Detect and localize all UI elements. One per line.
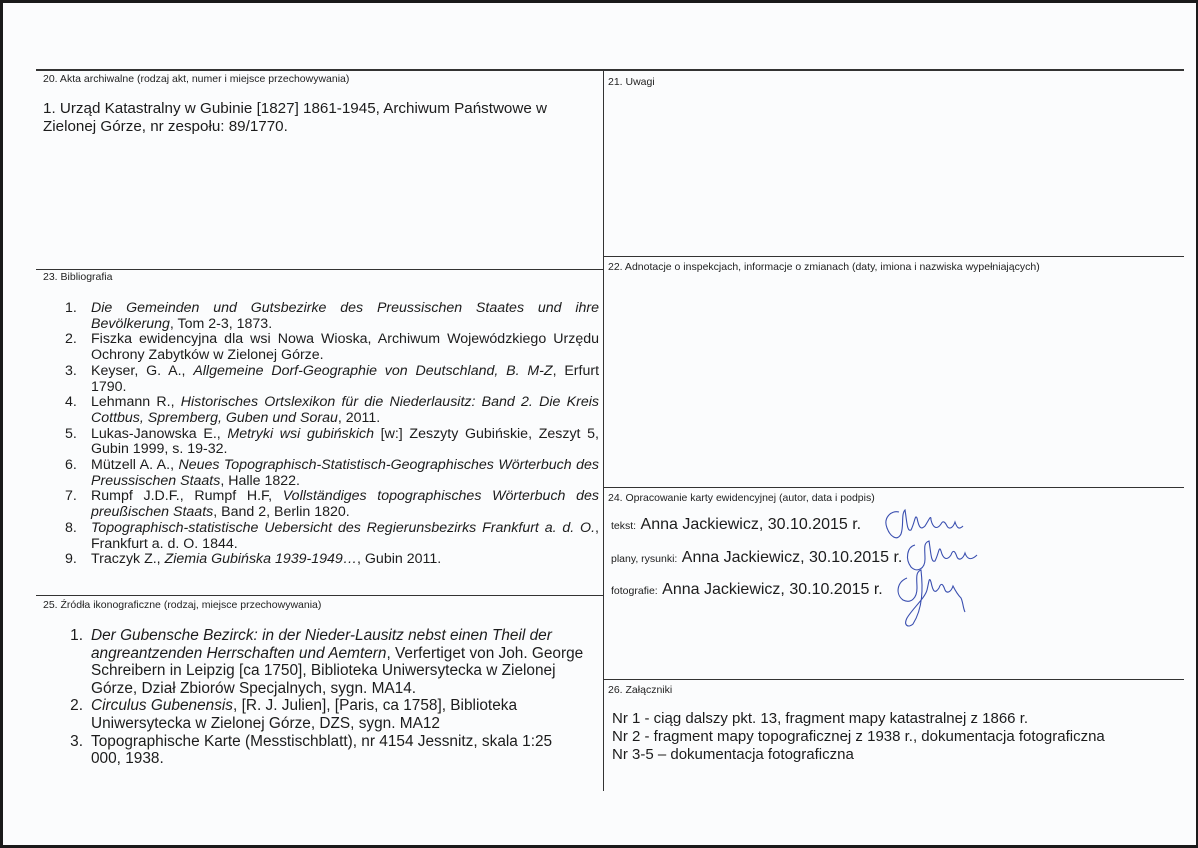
section-23-label: 23. Bibliografia — [43, 271, 112, 283]
bibliography-item: 2.Fiszka ewidencyjna dla wsi Nowa Wioska… — [65, 332, 599, 363]
archive-entry-line-1: 1. Urząd Katastralny w Gubinie [1827] 18… — [43, 100, 547, 118]
section-20-label: 20. Akta archiwalne (rodzaj akt, numer i… — [43, 73, 349, 85]
iconographic-sources-list: 1.Der Gubensche Bezirck: in der Nieder-L… — [65, 627, 585, 768]
rule-right-26 — [603, 679, 1184, 680]
section-21-label: 21. Uwagi — [608, 76, 655, 88]
author-row-plans: plany, rysunki: Anna Jackiewicz, 30.10.2… — [611, 549, 902, 567]
section-24-label: 24. Opracowanie karty ewidencyjnej (auto… — [608, 492, 875, 504]
bibliography-list: 1.Die Gemeinden und Gutsbezirke des Preu… — [65, 301, 599, 568]
section-26-label: 26. Załączniki — [608, 684, 672, 696]
bibliography-item: 1.Die Gemeinden und Gutsbezirke des Preu… — [65, 301, 599, 332]
signature-icon — [893, 568, 983, 630]
iconographic-item: 2.Circulus Gubenensis, [R. J. Julien], [… — [65, 697, 585, 732]
bibliography-item: 7.Rumpf J.D.F., Rumpf H.F, Vollständiges… — [65, 489, 599, 520]
bibliography-item: 3.Keyser, G. A., Allgemeine Dorf-Geograp… — [65, 364, 599, 395]
section-25-label: 25. Źródła ikonograficzne (rodzaj, miejs… — [43, 599, 321, 611]
top-rule — [36, 69, 1184, 71]
author-row-text: tekst: Anna Jackiewicz, 30.10.2015 r. — [611, 516, 861, 534]
bibliography-item: 5.Lukas-Janowska E., Metryki wsi gubińsk… — [65, 427, 599, 458]
author-row-photos: fotografie: Anna Jackiewicz, 30.10.2015 … — [611, 581, 883, 599]
rule-right-24 — [603, 487, 1184, 488]
section-20-content: 1. Urząd Katastralny w Gubinie [1827] 18… — [43, 100, 547, 135]
rule-left-23 — [36, 269, 603, 270]
section-22-label: 22. Adnotacje o inspekcjach, informacje … — [608, 261, 1040, 273]
rule-right-22 — [603, 256, 1184, 257]
attachment-line: Nr 2 - fragment mapy topograficznej z 19… — [612, 728, 1105, 746]
iconographic-item: 3.Topographische Karte (Messtischblatt),… — [65, 733, 585, 768]
bibliography-item: 8.Topographisch-statistische Uebersicht … — [65, 521, 599, 552]
rule-left-25 — [36, 595, 603, 596]
document-page: 20. Akta archiwalne (rodzaj akt, numer i… — [3, 3, 1196, 845]
iconographic-item: 1.Der Gubensche Bezirck: in der Nieder-L… — [65, 627, 585, 697]
attachment-line: Nr 1 - ciąg dalszy pkt. 13, fragment map… — [612, 710, 1028, 728]
archive-entry-line-2: Zielonej Górze, nr zespołu: 89/1770. — [43, 118, 547, 136]
bibliography-item: 4.Lehmann R., Historisches Ortslexikon f… — [65, 395, 599, 426]
bibliography-item: 9.Traczyk Z., Ziemia Gubińska 1939-1949…… — [65, 552, 599, 568]
bibliography-item: 6.Mützell A. A., Neues Topographisch-Sta… — [65, 458, 599, 489]
center-divider — [603, 71, 604, 791]
attachment-line: Nr 3-5 – dokumentacja fotograficzna — [612, 746, 854, 764]
